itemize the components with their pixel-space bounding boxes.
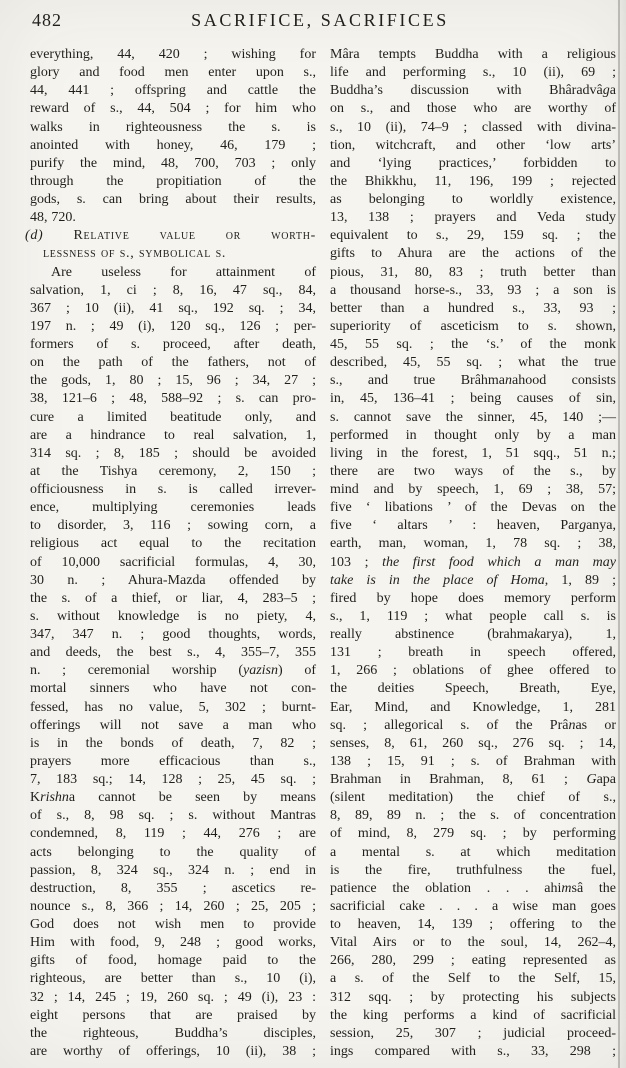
index-section-heading: (d) Relative value or worth-lessness of … <box>30 227 316 263</box>
text-line: of s., 8, 98 sq. ; s. without Mantras <box>30 807 316 825</box>
text-line: are worthy of offerings, 10 (ii), 38 ; <box>30 1043 316 1061</box>
text-line: the gods, 1, 80 ; 15, 96 ; 34, 27 ; <box>30 372 316 390</box>
text-line: 45, 55 sq. ; the ‘s.’ of the monk <box>330 336 616 354</box>
text-line: walks in righteousness the s. is <box>30 119 316 137</box>
left-column: everything, 44, 420 ; wishing forglory a… <box>30 46 316 1061</box>
text-line: and ‘lying practices,’ forbidden to <box>330 155 616 173</box>
text-line: better than a hundred s., 33, 93 ; <box>330 300 616 318</box>
text-line: s., 10 (ii), 74–9 ; classed with divina- <box>330 119 616 137</box>
text-line: cure a limited beatitude only, and <box>30 409 316 427</box>
text-line: destruction, 8, 355 ; ascetics re- <box>30 880 316 898</box>
text-line: on the path of the fathers, not of <box>30 354 316 372</box>
text-line: 138 ; 15, 91 ; s. of Brahman with <box>330 753 616 771</box>
text-line: a s. of the Self to the Self, 15, <box>330 970 616 988</box>
text-line: earth, man, woman, 1, 78 sq. ; 38, <box>330 535 616 553</box>
text-line: officiousness in s. is called irrever- <box>30 481 316 499</box>
text-line: Brahman in Brahman, 8, 61 ; Gapa <box>330 771 616 789</box>
text-line: of mind, 8, 279 sq. ; by performing <box>330 825 616 843</box>
text-line: 367 ; 10 (ii), 41 sq., 192 sq. ; 34, <box>30 300 316 318</box>
index-paragraph: everything, 44, 420 ; wishing forglory a… <box>30 46 316 227</box>
text-line: superiority of asceticism to s. shown, <box>330 318 616 336</box>
text-line: 48, 720. <box>30 209 316 227</box>
text-line: at the Tishya ceremony, 2, 150 ; <box>30 463 316 481</box>
text-line: Ear, Mind, and Knowledge, 1, 281 <box>330 699 616 717</box>
text-line: 266, 280, 299 ; eating represented as <box>330 952 616 970</box>
text-line: religious act equal to the recitation <box>30 535 316 553</box>
text-line: really abstinence (brahmakarya), 1, <box>330 626 616 644</box>
text-line: 8, 89, 89 n. ; the s. of concentration <box>330 807 616 825</box>
text-line: 312 sqq. ; by protecting his subjects <box>330 989 616 1007</box>
text-line: a thousand horse-s., 33, 93 ; a son is <box>330 282 616 300</box>
text-line: session, 25, 307 ; judicial proceed- <box>330 1025 616 1043</box>
book-page: 482 SACRIFICE, SACRIFICES everything, 44… <box>0 0 626 1068</box>
text-line: mind and by speech, 1, 69 ; 38, 57; <box>330 481 616 499</box>
text-line: 314 sq. ; 8, 185 ; should be avoided <box>30 445 316 463</box>
index-paragraph: Mâra tempts Buddha with a religiouslife … <box>330 46 616 1061</box>
text-line: righteous, are better than s., 10 (i), <box>30 970 316 988</box>
text-line: (d) Relative value or worth- <box>25 227 316 245</box>
text-line: described, 45, 55 sq. ; what the true <box>330 354 616 372</box>
text-line: the Bhikkhu, 11, 196, 199 ; rejected <box>330 173 616 191</box>
text-line: Him with food, 9, 248 ; good works, <box>30 934 316 952</box>
text-line: n. ; ceremonial worship (yazisn) of <box>30 662 316 680</box>
text-line: Mâra tempts Buddha with a religious <box>330 46 616 64</box>
text-line: the deities Speech, Breath, Eye, <box>330 680 616 698</box>
text-line: 38, 121–6 ; 48, 588–92 ; s. can pro- <box>30 390 316 408</box>
text-line: (silent meditation) the chief of s., <box>330 789 616 807</box>
text-line: 347, 347 n. ; good thoughts, words, <box>30 626 316 644</box>
text-line: through the propitiation of the <box>30 173 316 191</box>
text-line: fessed, has no value, 5, 302 ; burnt- <box>30 699 316 717</box>
text-line: five ‘ altars ’ : heaven, Parganya, <box>330 517 616 535</box>
text-line: there are two ways of the s., by <box>330 463 616 481</box>
text-line: reward of s., 44, 504 ; for him who <box>30 100 316 118</box>
text-line: as belonging to worldly existence, <box>330 191 616 209</box>
text-line: life and performing s., 10 (ii), 69 ; <box>330 64 616 82</box>
text-line: to heaven, 14, 139 ; offering to the <box>330 916 616 934</box>
text-line: are a hindrance to real salvation, 1, <box>30 427 316 445</box>
text-line: formers of s. proceed, after death, <box>30 336 316 354</box>
text-line: 103 ; the first food which a man may <box>330 554 616 572</box>
text-line: 197 n. ; 49 (i), 120 sq., 126 ; per- <box>30 318 316 336</box>
text-line: five ‘ libations ’ of the Devas on the <box>330 499 616 517</box>
index-text-columns: everything, 44, 420 ; wishing forglory a… <box>30 46 616 1061</box>
text-line: 7, 183 sq.; 14, 128 ; 25, 45 sq. ; <box>30 771 316 789</box>
scan-edge-artifact <box>618 0 620 1068</box>
text-line: 44, 441 ; offspring and cattle the <box>30 82 316 100</box>
text-line: gods, s. can bring about their results, <box>30 191 316 209</box>
text-line: living in the forest, 1, 51 sqq., 51 n.; <box>330 445 616 463</box>
text-line: is in the bonds of death, 7, 82 ; <box>30 735 316 753</box>
text-line: ings compared with s., 33, 298 ; <box>330 1043 616 1061</box>
text-line: acts belonging to the quality of <box>30 844 316 862</box>
index-paragraph: Are useless for attainment ofsalvation, … <box>30 264 316 1062</box>
text-line: take is in the place of Homa, 1, 89 ; <box>330 572 616 590</box>
text-line: 30 n. ; Ahura-Mazda offended by <box>30 572 316 590</box>
text-line: 131 ; breath in speech offered, <box>330 644 616 662</box>
text-line: patience the oblation . . . ahimsâ the <box>330 880 616 898</box>
text-line: fired by hope does memory perform <box>330 590 616 608</box>
text-line: Krishna cannot be seen by means <box>30 789 316 807</box>
text-line: Buddha’s discussion with Bhâradvâga <box>330 82 616 100</box>
text-line: passion, 8, 324 sq., 324 n. ; end in <box>30 862 316 880</box>
text-line: nounce s., 8, 366 ; 14, 260 ; 25, 205 ; <box>30 898 316 916</box>
text-line: the king performs a kind of sacrificial <box>330 1007 616 1025</box>
text-line: sq. ; allegorical s. of the Prânas or <box>330 717 616 735</box>
text-line: 13, 138 ; prayers and Veda study <box>330 209 616 227</box>
text-line: in, 45, 136–41 ; being causes of sin, <box>330 390 616 408</box>
text-line: senses, 8, 61, 260 sq., 276 sq. ; 14, <box>330 735 616 753</box>
text-line: of 10,000 sacrificial formulas, 4, 30, <box>30 554 316 572</box>
text-line: everything, 44, 420 ; wishing for <box>30 46 316 64</box>
text-line: mortal sinners who have not con- <box>30 680 316 698</box>
text-line: gifts of food, homage paid to the <box>30 952 316 970</box>
text-line: s. cannot save the sinner, 45, 140 ;— <box>330 409 616 427</box>
text-line: the s. of a thief, or liar, 4, 283–5 ; <box>30 590 316 608</box>
text-line: glory and food men enter upon s., <box>30 64 316 82</box>
text-line: a mental s. at which meditation <box>330 844 616 862</box>
text-line: and deeds, the best s., 4, 355–7, 355 <box>30 644 316 662</box>
text-line: Are useless for attainment of <box>30 264 316 282</box>
text-line: to disorder, 3, 116 ; sowing corn, a <box>30 517 316 535</box>
text-line: pious, 31, 80, 83 ; truth better than <box>330 264 616 282</box>
text-line: condemned, 8, 119 ; 44, 276 ; are <box>30 825 316 843</box>
text-line: 1, 266 ; oblations of ghee offered to <box>330 662 616 680</box>
text-line: 32 ; 14, 245 ; 19, 260 sq. ; 49 (i), 23 … <box>30 989 316 1007</box>
text-line: s., and true Brâhmanahood consists <box>330 372 616 390</box>
text-line: on s., and those who are worthy of <box>330 100 616 118</box>
text-line: anointed with honey, 46, 179 ; <box>30 137 316 155</box>
text-line: Vital Airs or to the soul, 14, 262–4, <box>330 934 616 952</box>
text-line: s. without knowledge is no piety, 4, <box>30 608 316 626</box>
text-line: salvation, 1, ci ; 8, 16, 47 sq., 84, <box>30 282 316 300</box>
text-line: ence, multiplying ceremonies leads <box>30 499 316 517</box>
text-line: lessness of s., symbolical s. <box>30 245 316 263</box>
right-column: Mâra tempts Buddha with a religiouslife … <box>330 46 616 1061</box>
running-title: SACRIFICE, SACRIFICES <box>30 10 610 31</box>
text-line: eight persons that are praised by <box>30 1007 316 1025</box>
text-line: is the fire, truthfulness the fuel, <box>330 862 616 880</box>
text-line: the righteous, Buddha’s disciples, <box>30 1025 316 1043</box>
page-header: 482 SACRIFICE, SACRIFICES <box>30 8 610 34</box>
text-line: gifts to Ahura are the actions of the <box>330 245 616 263</box>
text-line: sacrificial cake . . . a wise man goes <box>330 898 616 916</box>
text-line: offerings will not save a man who <box>30 717 316 735</box>
text-line: God does not wish men to provide <box>30 916 316 934</box>
text-line: prayers more efficacious than s., <box>30 753 316 771</box>
text-line: tion, witchcraft, and other ‘low arts’ <box>330 137 616 155</box>
text-line: purify the mind, 48, 700, 703 ; only <box>30 155 316 173</box>
text-line: equivalent to s., 29, 159 sq. ; the <box>330 227 616 245</box>
text-line: s., 1, 119 ; what people call s. is <box>330 608 616 626</box>
text-line: performed in thought only by a man <box>330 427 616 445</box>
